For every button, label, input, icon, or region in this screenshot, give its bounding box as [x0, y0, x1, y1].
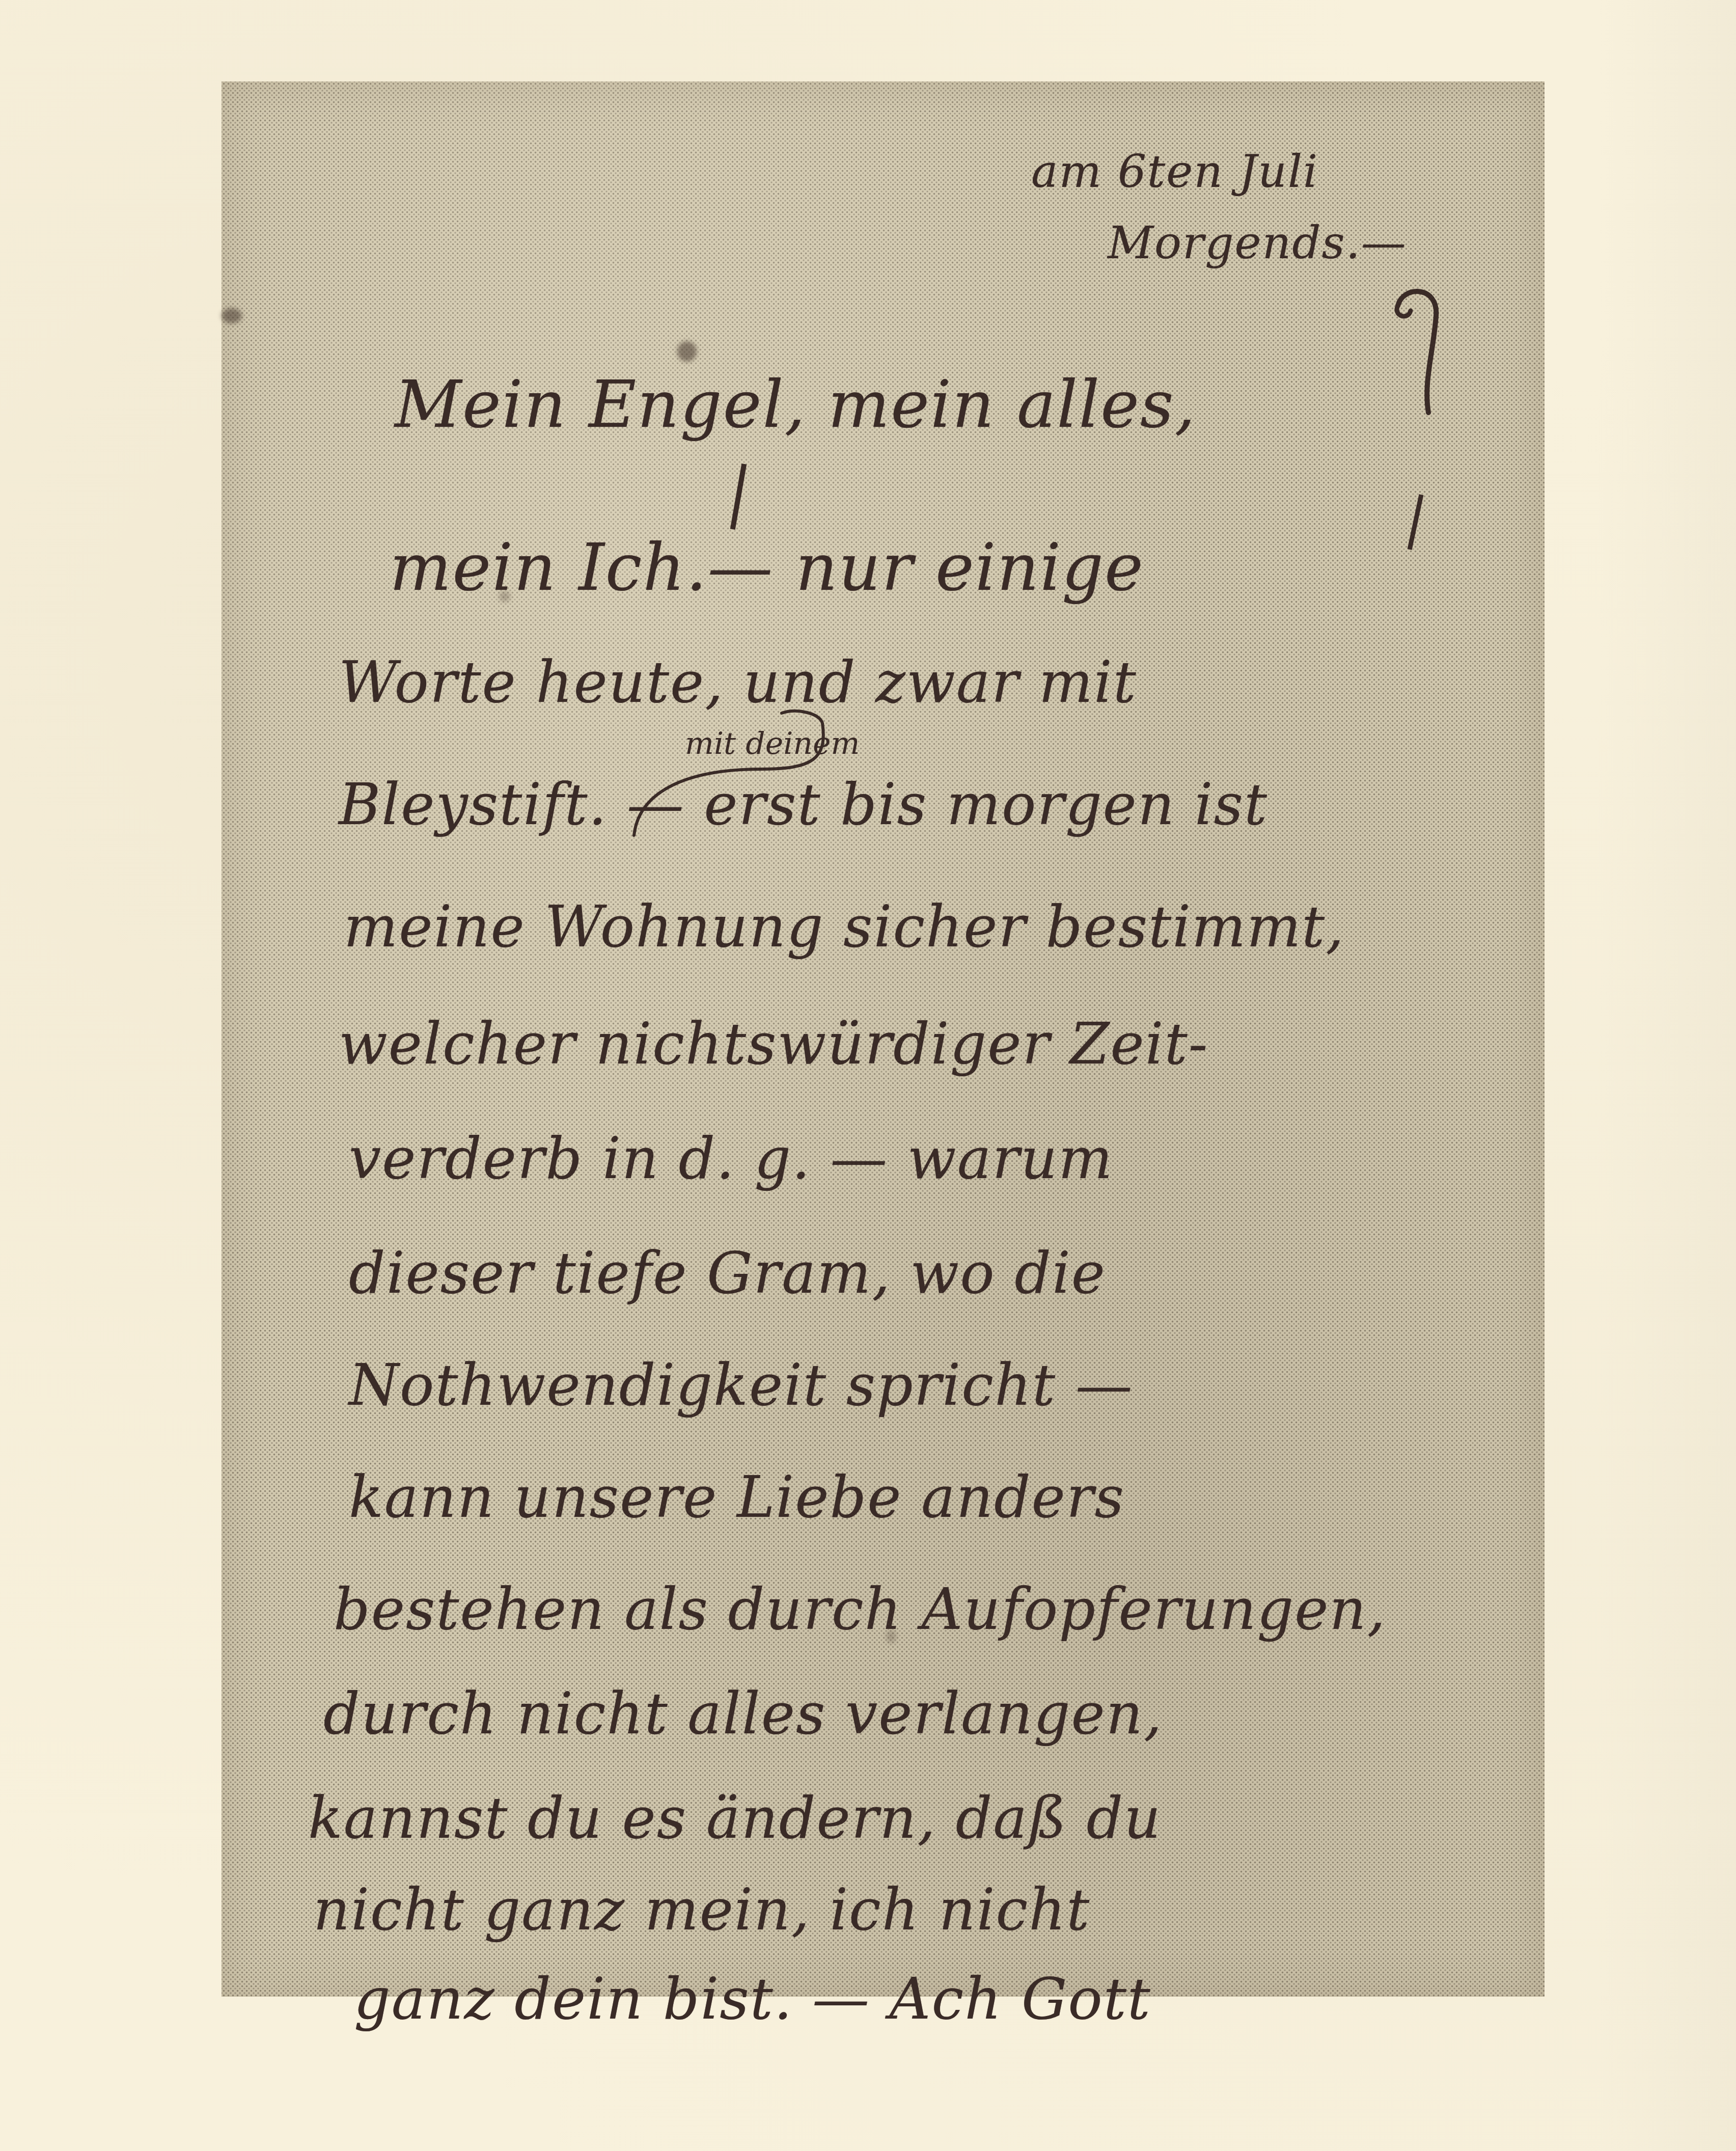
letter-line-10: kann unsere Liebe anders: [349, 1464, 1125, 1531]
letter-line-6: welcher nichtswürdiger Zeit-: [339, 1011, 1209, 1077]
comma-stroke: [730, 464, 747, 530]
flourish-curl-icon: [1388, 285, 1449, 418]
letter-line-7: verderb in d. g. — warum: [349, 1126, 1113, 1192]
manuscript-facsimile-plate: am 6ten Juli Morgends.— Mein Engel, mein…: [222, 81, 1545, 1997]
ink-smudge: [222, 308, 242, 323]
semicolon-stroke: [1408, 494, 1424, 550]
letter-line-2: mein Ich.— nur einige: [390, 530, 1144, 606]
letter-line-9: Nothwendigkeit spricht —: [349, 1352, 1134, 1419]
letter-line-3: Worte heute, und zwar mit: [339, 649, 1137, 716]
book-page: am 6ten Juli Morgends.— Mein Engel, mein…: [0, 0, 1736, 2151]
ink-smudge: [677, 341, 697, 362]
dateline-time: Morgends.—: [1108, 216, 1407, 269]
letter-line-12: durch nicht alles verlangen,: [323, 1681, 1163, 1747]
letter-line-14: nicht ganz mein, ich nicht: [313, 1877, 1090, 1943]
letter-line-11: bestehen als durch Aufopferungen,: [334, 1576, 1386, 1643]
dateline-date: am 6ten Juli: [1031, 145, 1318, 198]
letter-line-15: ganz dein bist. — Ach Gott: [354, 1966, 1151, 2032]
letter-line-5: meine Wohnung sicher bestimmt,: [344, 894, 1345, 960]
letter-line-8: dieser tiefe Gram, wo die: [349, 1240, 1106, 1306]
insertion-above-line: mit deinem: [685, 726, 860, 761]
letter-line-1: Mein Engel, mein alles,: [395, 367, 1196, 443]
letter-line-13: kannst du es ändern, daß du: [308, 1785, 1162, 1852]
letter-line-4: Bleystift. — erst bis morgen ist: [339, 772, 1268, 838]
